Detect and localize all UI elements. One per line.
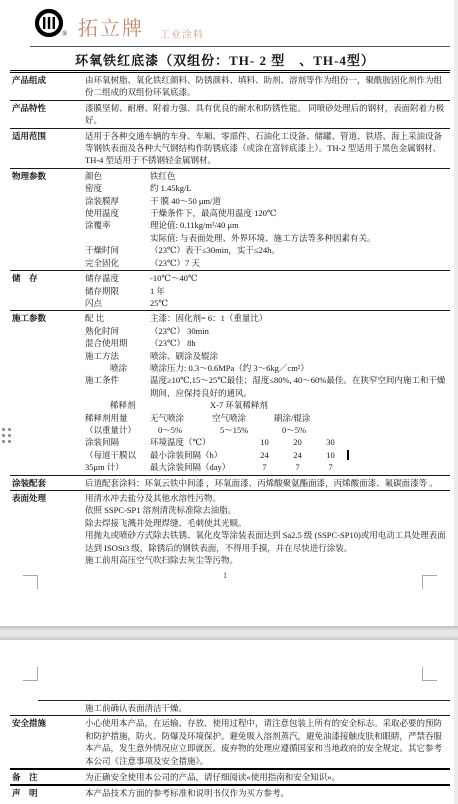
param-row: 干燥时间（23℃）表干≤30min，实干≤24h。 [85, 244, 450, 256]
param-value: 干燥条件下，最高使用温度 120℃ [150, 207, 450, 219]
header-rule [30, 46, 450, 47]
param-name: （以重量计） [85, 424, 150, 436]
thinner-value: 5～15% [212, 424, 274, 436]
param-name: 涂装膜厚 [85, 195, 150, 207]
param-value: 实际值: 与表面处理、外界环境、施工方法等多种因素有关。 [150, 232, 450, 244]
param-row: 密度约 1.45kg/L [85, 182, 450, 194]
row-physical-params: 物理参数 颜色铁红色 密度约 1.45kg/L 涂装膜厚干 膜 40～50 μm… [10, 169, 450, 271]
thinner-header-row: 稀释剂用量 无气喷涂 空气喷涂 刷涂/辊涂 [85, 412, 450, 424]
row-surface-treatment: 表面处理 用清水冲去盐分及其他水溶性污物。 依照 SSPC-SP1 溶剂清洗标准… [10, 491, 450, 567]
param-row: 涂装膜厚干 膜 40～50 μm/道 [85, 195, 450, 207]
row-text: 本产品技术方面的参考标准和说明书仅作为买方参考。 [85, 787, 450, 799]
param-name: 涂覆率 [85, 219, 150, 231]
param-value: 干 膜 40～50 μm/道 [150, 195, 450, 207]
row-label: 物理参数 [10, 170, 85, 269]
thinner-col: 无气喷涂 [150, 412, 212, 424]
row-label: 产品特性 [10, 102, 85, 127]
brand-name: 拓立牌 [78, 12, 144, 41]
row-text: 适用于各种交通车辆的车身、车厢、零部件、石油化工设备、储罐、管道、铁塔、海上采油… [85, 130, 450, 167]
param-name: 施工条件 [85, 374, 150, 399]
param-name: 闪点 [85, 297, 150, 309]
thinner-col: 空气喷涂 [212, 412, 274, 424]
row-text: 为正确安全使用本公司的产品，请仔细阅读«使用指南和安全知识»。 [85, 771, 450, 783]
param-row: 实际值: 与表面处理、外界环境、施工方法等多种因素有关。 [85, 232, 450, 244]
crop-mark-top-right [422, 667, 437, 681]
surface-line: 用清水冲去盐分及其他水溶性污物。 [85, 492, 450, 504]
interval-value: 20 [281, 436, 314, 448]
interval-row: （每道干膜以 最小涂装间隔（h） 24 24 10 [85, 449, 450, 461]
row-text: 后道配套涂料：环氧云铁中间漆 ，环氧面漆、丙烯酸聚氨酯面漆，丙烯酸面漆、氟碳面漆… [85, 477, 450, 489]
document-viewport: ® 拓立牌 工业涂料 环氧铁红底漆（双组份：TH- 2 型 、TH-4型） 产品… [0, 0, 458, 804]
page-title: 环氧铁红底漆（双组份：TH- 2 型 、TH-4型） [0, 50, 450, 69]
param-name: 储存期限 [85, 285, 150, 297]
param-value: 喷涂、刷涂及辊涂 [150, 350, 450, 362]
interval-row: 35μm 计） 最大涂装间隔（day） 7 7 7 [85, 461, 450, 473]
interval-name: 环境温度（℃） [150, 436, 248, 448]
param-row: 储存温度-10℃～40℃ [85, 272, 450, 284]
interval-value: 7 [314, 461, 347, 473]
param-name: 稀释剂 [85, 399, 150, 411]
param-row: 储存期限1 年 [85, 285, 450, 297]
row-product-features: 产品特性 漆膜坚韧、耐磨、附着力强、具有优良的耐水和防锈性能。 同喷砂处理后的钢… [10, 101, 450, 129]
param-row: 配 比主漆：固化剂= 6：1（重量比） [85, 312, 450, 324]
param-name: 干燥时间 [85, 244, 150, 256]
param-value: 理论值: 0.11kg/m²/40 μm [150, 219, 450, 231]
param-value: 温度≥10℃,15～25℃最佳；湿度≤80%, 40～60%最佳。在狭窄空间内施… [150, 374, 450, 399]
page-1[interactable]: ® 拓立牌 工业涂料 环氧铁红底漆（双组份：TH- 2 型 、TH-4型） 产品… [0, 0, 454, 626]
param-value: （23℃）7 天 [150, 257, 450, 269]
param-name: 配 比 [85, 312, 150, 324]
thinner-col: 刷涂/辊涂 [274, 412, 344, 424]
row-text: 施工前确认表面清洁干燥。 [85, 702, 450, 714]
param-value: X-7 环氧稀释剂 [150, 399, 450, 411]
param-value: 25℃ [150, 297, 450, 309]
param-value: 约 1.45kg/L [150, 182, 450, 194]
param-row: 施工方法喷涂、刷涂及辊涂 [85, 350, 450, 362]
surface-line: 依照 SSPC-SP1 溶剂清洗标准除去油脂。 [85, 504, 450, 516]
param-name: 35μm 计） [85, 461, 150, 473]
param-row: 施工条件温度≥10℃,15～25℃最佳；湿度≤80%, 40～60%最佳。在狭窄… [85, 374, 450, 399]
row-label: 安全措施 [10, 717, 85, 767]
row-label: 备 注 [10, 771, 85, 783]
param-row: 使用温度干燥条件下，最高使用温度 120℃ [85, 207, 450, 219]
thinner-value: 0～5% [150, 424, 212, 436]
param-row: 混合使用期（23℃） 8h [85, 337, 450, 349]
interval-name: 最大涂装间隔（day） [150, 461, 248, 473]
row-text: 漆膜坚韧、耐磨、附着力强、具有优良的耐水和防锈性能。 同喷砂处理后的钢材，表面附… [85, 102, 450, 127]
param-row: 颜色铁红色 [85, 170, 450, 182]
interval-value: 7 [281, 461, 314, 473]
row-label: 表面处理 [10, 492, 85, 566]
param-value: -10℃～40℃ [150, 272, 450, 284]
param-name: 混合使用期 [85, 337, 150, 349]
interval-value: 24 [248, 449, 281, 461]
spec-table: 产品组成 由环氧树脂、氧化铁红颜料、防锈颜料、填料、助剂、溶剂等作为组份一，聚酰… [10, 70, 450, 567]
surface-line: 用抛丸或喷砂方式除去铁锈、氧化皮等涂装表面达到 Sa2.5 级 (SSPC-SP… [85, 529, 450, 554]
param-name: 颜色 [85, 170, 150, 182]
param-row: 完全固化（23℃）7 天 [85, 257, 450, 269]
page-break-gap [0, 626, 458, 640]
param-value: （23℃） 30min [150, 325, 450, 337]
param-name: 熟化时间 [85, 325, 150, 337]
param-name: 稀释剂用量 [85, 412, 150, 424]
row-label [10, 702, 85, 714]
registered-mark: ® [62, 30, 67, 38]
param-value: （23℃）表干≤30min，实干≤24h。 [150, 244, 450, 256]
row-text: 由环氧树脂、氧化铁红颜料、防锈颜料、填料、助剂、溶剂等作为组份一，聚酰胺固化剂作… [85, 74, 450, 99]
thinner-value: 0～5% [274, 424, 336, 436]
spec-table-continued: 施工前确认表面清洁干燥。 安全措施 小心使用本产品，在运输、存放、使用过程中，请… [10, 700, 450, 801]
param-value: 主漆：固化剂= 6：1（重量比） [150, 312, 450, 324]
interval-value: 10 [248, 436, 281, 448]
param-name: 使用温度 [85, 207, 150, 219]
param-name [85, 232, 150, 244]
param-name: 施工方法 [85, 350, 150, 362]
param-value: 1 年 [150, 285, 450, 297]
row-safety: 安全措施 小心使用本产品，在运输、存放、使用过程中，请注意包装上所有的安全标志。… [10, 716, 450, 770]
row-application-params: 施工参数 配 比主漆：固化剂= 6：1（重量比） 熟化时间（23℃） 30min… [10, 311, 450, 475]
row-label: 施工参数 [10, 312, 85, 473]
text-cursor [347, 450, 349, 460]
interval-value: 24 [281, 449, 314, 461]
param-value: 喷涂压力: 0.3～0.6MPa（约 3～6kg／cm²） [150, 362, 450, 374]
row-coating-system: 涂装配套 后道配套涂料：环氧云铁中间漆 ，环氧面漆、丙烯酸聚氨酯面漆，丙烯酸面漆… [10, 476, 450, 491]
brand-tagline: 工业涂料 [160, 26, 204, 41]
surface-line: 施工前用高压空气吹扫除去灰尘等污物。 [85, 554, 450, 566]
param-name: 涂装间隔 [85, 436, 150, 448]
brand-logo-icon [34, 7, 66, 46]
surface-line: 除去焊接飞溅并处理焊缝、毛刺使其光顺。 [85, 517, 450, 529]
row-storage: 储 存 储存温度-10℃～40℃ 储存期限1 年 闪点25℃ [10, 271, 450, 311]
thinner-value-row: （以重量计） 0～5% 5～15% 0～5% [85, 424, 450, 436]
row-text: 小心使用本产品，在运输、存放、使用过程中，请注意包装上所有的安全标志。采取必要的… [85, 717, 450, 767]
row-label: 产品组成 [10, 74, 85, 99]
row-application-scope: 适用范围 适用于各种交通车辆的车身、车厢、零部件、石油化工设备、储罐、管道、铁塔… [10, 129, 450, 169]
interval-name: 最小涂装间隔（h） [150, 449, 248, 461]
interval-row: 涂装间隔 环境温度（℃） 10 20 30 [85, 436, 450, 448]
row-surface-treatment-continued: 施工前确认表面清洁干燥。 [10, 701, 450, 716]
param-value: 铁红色 [150, 170, 450, 182]
param-name: （每道干膜以 [85, 449, 150, 461]
param-row: 闪点25℃ [85, 297, 450, 309]
interval-value: 30 [314, 436, 347, 448]
anchor-dots [2, 428, 11, 448]
param-name: 喷涂 [85, 362, 150, 374]
row-label: 储 存 [10, 272, 85, 309]
row-label: 涂装配套 [10, 477, 85, 489]
interval-value: 7 [248, 461, 281, 473]
row-statement: 声 明 本产品技术方面的参考标准和说明书仅作为买方参考。 [10, 786, 450, 800]
row-product-composition: 产品组成 由环氧树脂、氧化铁红颜料、防锈颜料、填料、助剂、溶剂等作为组份一，聚酰… [10, 73, 450, 101]
crop-mark-top-left [23, 667, 38, 681]
interval-value: 10 [314, 449, 347, 461]
page-number: 1 [0, 571, 450, 580]
param-name: 完全固化 [85, 257, 150, 269]
param-row: 喷涂喷涂压力: 0.3～0.6MPa（约 3～6kg／cm²） [85, 362, 450, 374]
param-row: 涂覆率理论值: 0.11kg/m²/40 μm [85, 219, 450, 231]
param-name: 密度 [85, 182, 150, 194]
param-value: （23℃） 8h [150, 337, 450, 349]
param-row: 熟化时间（23℃） 30min [85, 325, 450, 337]
page-2[interactable]: 施工前确认表面清洁干燥。 安全措施 小心使用本产品，在运输、存放、使用过程中，请… [0, 640, 454, 804]
param-name: 储存温度 [85, 272, 150, 284]
param-row: 稀释剂X-7 环氧稀释剂 [85, 399, 450, 411]
row-remarks: 备 注 为正确安全使用本公司的产品，请仔细阅读«使用指南和安全知识»。 [10, 770, 450, 786]
row-label: 适用范围 [10, 130, 85, 167]
row-label: 声 明 [10, 787, 85, 799]
